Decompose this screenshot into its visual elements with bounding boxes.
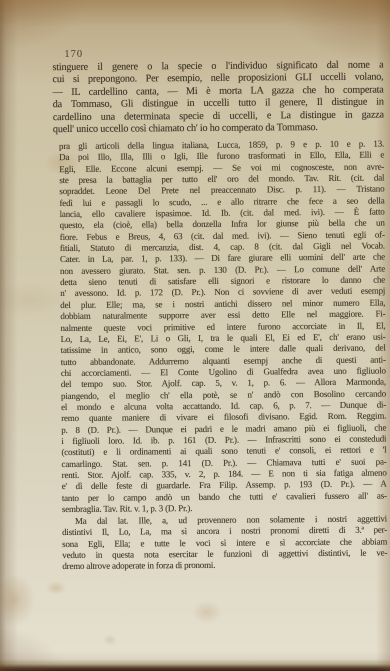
scanned-book-page: 170 stinguere il genere o la specie o l'… bbox=[0, 0, 390, 671]
main-paragraph-line: quell' unico uccello così chiamato ch' i… bbox=[53, 122, 384, 137]
page-number: 170 bbox=[64, 49, 83, 60]
main-paragraph: stinguere il genere o la specie o l'indi… bbox=[52, 60, 384, 137]
page-content: 170 stinguere il genere o la specie o l'… bbox=[0, 0, 390, 671]
footnote-block: pra gli articoli della lingua italiana, … bbox=[59, 139, 387, 516]
closing-paragraph-line: dremo altrove adoperate in forza di pron… bbox=[62, 559, 387, 573]
closing-paragraph: Ma dal lat. Ille, a, ud provennero non s… bbox=[62, 514, 387, 573]
